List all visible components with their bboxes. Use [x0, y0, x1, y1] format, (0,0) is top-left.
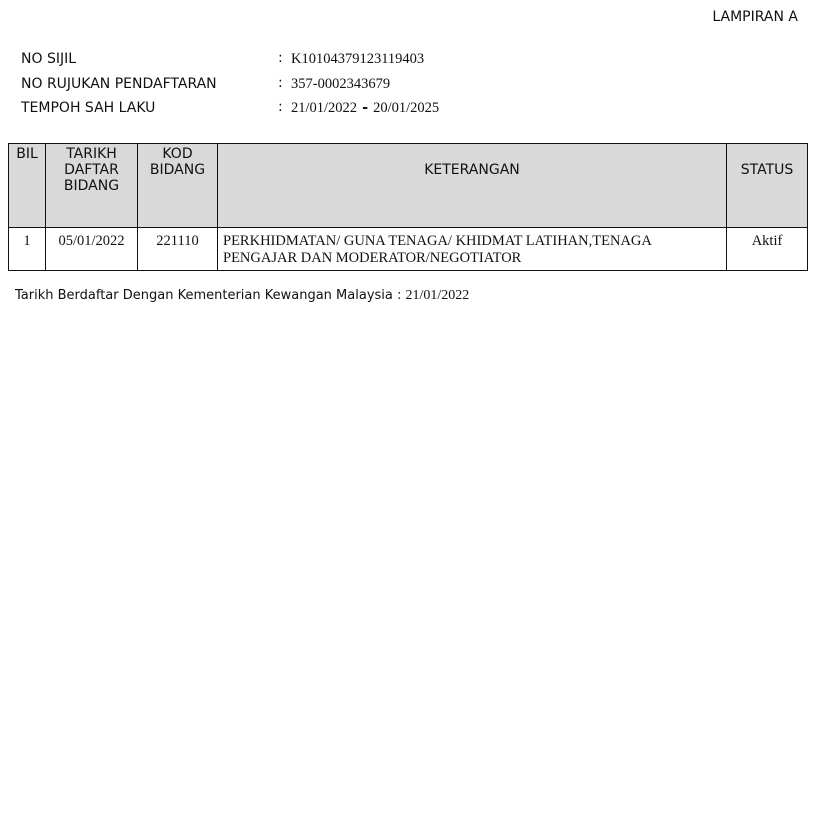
colon: : — [278, 75, 283, 91]
cell-status: Aktif — [727, 228, 808, 271]
column-header-status: STATUS — [727, 144, 808, 228]
annex-label: LAMPIRAN A — [712, 9, 798, 25]
registration-date-note: Tarikh Berdaftar Dengan Kementerian Kewa… — [15, 288, 469, 304]
registration-date-label: Tarikh Berdaftar Dengan Kementerian Kewa… — [15, 288, 401, 303]
certificate-number-value: K10104379123119403 — [291, 51, 424, 68]
validity-period-label: TEMPOH SAH LAKU — [21, 100, 155, 116]
table-header-row: BIL TARIKH DAFTAR BIDANG KOD BIDANG KETE… — [9, 144, 808, 228]
registration-reference-label: NO RUJUKAN PENDAFTARAN — [21, 76, 217, 92]
cell-tarikh-daftar: 05/01/2022 — [46, 228, 138, 271]
column-header-keterangan: KETERANGAN — [218, 144, 727, 228]
column-header-kod-bidang: KOD BIDANG — [138, 144, 218, 228]
table-row: 1 05/01/2022 221110 PERKHIDMATAN/ GUNA T… — [9, 228, 808, 271]
validity-end-date: 20/01/2025 — [373, 100, 439, 116]
date-separator: - — [362, 100, 368, 116]
validity-start-date: 21/01/2022 — [291, 100, 357, 116]
registration-reference-value: 357-0002343679 — [291, 76, 390, 93]
cell-kod-bidang: 221110 — [138, 228, 218, 271]
certificate-number-label: NO SIJIL — [21, 51, 76, 67]
cell-keterangan: PERKHIDMATAN/ GUNA TENAGA/ KHIDMAT LATIH… — [218, 228, 727, 271]
cell-bil: 1 — [9, 228, 46, 271]
column-header-tarikh-daftar-bidang: TARIKH DAFTAR BIDANG — [46, 144, 138, 228]
validity-period-value: 21/01/2022-20/01/2025 — [291, 100, 439, 117]
colon: : — [278, 50, 283, 66]
field-registration-table: BIL TARIKH DAFTAR BIDANG KOD BIDANG KETE… — [8, 143, 808, 271]
colon: : — [278, 99, 283, 115]
column-header-bil: BIL — [9, 144, 46, 228]
registration-date-value: 21/01/2022 — [406, 288, 470, 303]
